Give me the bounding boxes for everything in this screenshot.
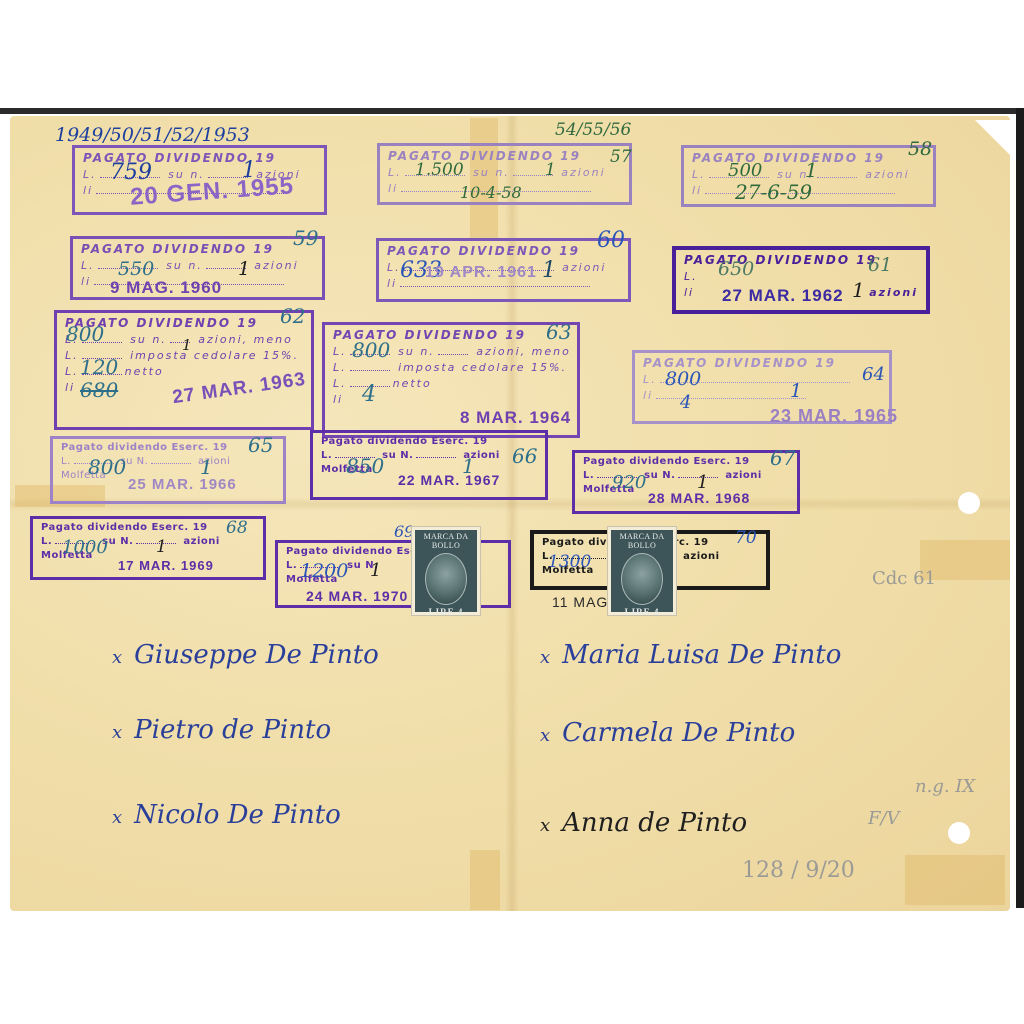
amount-label: L. xyxy=(684,270,698,283)
handwritten-year: 58 xyxy=(908,138,932,160)
handwritten-date: 27-6-59 xyxy=(735,180,812,204)
stamp-title: Pagato dividendo Eserc. 19 xyxy=(41,522,208,533)
revenue-stamp: MARCA DA BOLLO LIRE 4 xyxy=(412,527,480,615)
handwritten-shares: 1 xyxy=(545,160,556,180)
handwritten-shares: 1 xyxy=(238,258,250,280)
date-stamp: 19 APR. 1961 xyxy=(425,264,537,282)
pencil-note: 128 / 9/20 xyxy=(742,858,855,883)
handwritten-amount: 800 xyxy=(88,455,126,479)
amount-label: L. xyxy=(692,168,706,181)
net-label: L. xyxy=(333,377,347,390)
signature: xNicolo De Pinto xyxy=(112,800,341,830)
x-mark: x xyxy=(112,722,122,743)
shares-label: su N. xyxy=(644,470,675,481)
shares-unit: azioni xyxy=(183,536,219,547)
date-label: li xyxy=(81,275,91,288)
handwritten-year: 65 xyxy=(248,433,273,457)
date-label: li xyxy=(388,182,398,195)
handwritten-year: 66 xyxy=(512,444,537,468)
signature-name: Giuseppe De Pinto xyxy=(134,640,379,670)
tax-text: imposta cedolare 15%. xyxy=(130,349,299,362)
shares-unit: azioni xyxy=(865,168,909,181)
x-mark: x xyxy=(540,815,550,836)
pencil-note: F/V xyxy=(868,808,900,829)
handwritten-year: 67 xyxy=(770,446,795,470)
signature-name: Carmela De Pinto xyxy=(562,718,795,748)
handwritten-years-left: 1949/50/51/52/1953 xyxy=(55,124,250,146)
handwritten-amount: 850 xyxy=(346,454,384,478)
amount-label: L. xyxy=(388,166,402,179)
stamp-title: PAGATO DIVIDENDO 19 xyxy=(81,242,274,256)
stamp-title: PAGATO DIVIDENDO 19 xyxy=(692,151,885,165)
x-mark: x xyxy=(112,807,122,828)
handwritten-shares: 1 xyxy=(790,380,802,402)
shares-label: su N. xyxy=(382,450,413,461)
handwritten-amount: 920 xyxy=(612,472,646,493)
amount-label: L. xyxy=(387,261,401,274)
handwritten-year: 61 xyxy=(868,254,892,276)
handwritten-amount: 1300 xyxy=(548,552,591,572)
handwritten-amount: 1200 xyxy=(300,560,348,582)
date-stamp: 8 MAR. 1964 xyxy=(460,408,571,428)
shares-label: su n. xyxy=(473,166,510,179)
handwritten-year: 64 xyxy=(862,364,885,385)
shares-unit: azioni xyxy=(254,259,298,272)
punch-hole xyxy=(958,492,980,514)
scanner-edge xyxy=(0,108,1024,114)
torn-corner xyxy=(935,120,1015,160)
tax-label: L. xyxy=(333,361,347,374)
date-label: li xyxy=(65,381,75,394)
shares-unit: azioni xyxy=(869,286,918,299)
amount-label: L. xyxy=(321,450,332,461)
portrait-icon xyxy=(621,553,663,605)
handwritten-amount: 500 xyxy=(728,160,762,181)
signature-name: Nicolo De Pinto xyxy=(134,800,341,830)
stamp-title: Pagato dividendo Eserc. 19 xyxy=(61,442,228,453)
handwritten-amount: 1000 xyxy=(62,537,108,558)
handwritten-year: 70 xyxy=(735,528,757,548)
date-stamp: 9 MAG. 1960 xyxy=(110,278,222,298)
revenue-stamp-label: MARCA DA BOLLO xyxy=(415,532,477,550)
signature: xCarmela De Pinto xyxy=(540,718,795,748)
x-mark: x xyxy=(112,647,122,668)
date-stamp: 25 MAR. 1966 xyxy=(128,476,237,493)
handwritten-years-center: 54/55/56 xyxy=(555,120,631,140)
net-label: L. xyxy=(65,365,79,378)
signature: xAnna de Pinto xyxy=(540,808,747,838)
signature: xMaria Luisa De Pinto xyxy=(540,640,841,670)
handwritten-shares: 1 xyxy=(805,158,818,182)
handwritten-amount: 800 xyxy=(665,368,701,390)
shares-unit: azioni xyxy=(562,261,606,274)
handwritten-amount: 800 xyxy=(352,338,390,362)
revenue-stamp-value: LIRE 4 xyxy=(611,607,673,617)
signature-name: Pietro de Pinto xyxy=(134,715,331,745)
net-text: netto xyxy=(125,365,164,378)
date-label: li xyxy=(83,184,93,197)
handwritten-net: 4 xyxy=(362,382,376,407)
handwritten-year: 68 xyxy=(226,518,248,538)
amount-label: L. xyxy=(61,456,71,467)
handwritten-amount: 800 xyxy=(66,322,104,346)
portrait-icon xyxy=(425,553,467,605)
handwritten-net: 680 xyxy=(80,378,118,402)
amount-label: L. xyxy=(643,373,657,386)
x-mark: x xyxy=(540,647,550,668)
tape-strip xyxy=(470,850,500,910)
pencil-note: Cdc 61 xyxy=(872,568,936,589)
handwritten-year: 57 xyxy=(610,147,632,167)
date-label: li xyxy=(684,286,694,299)
date-label: li xyxy=(692,184,702,197)
signature-name: Anna de Pinto xyxy=(562,808,747,838)
stamp-title: Pagato dividendo Eserc. 19 xyxy=(583,456,750,467)
stamp-title: Pagato dividendo Eserc. 19 xyxy=(321,436,488,447)
scanner-edge-right xyxy=(1016,108,1024,908)
handwritten-year: 60 xyxy=(597,228,625,253)
tape-strip xyxy=(905,855,1005,905)
shares-unit: azioni xyxy=(561,166,605,179)
handwritten-year: 63 xyxy=(546,320,571,344)
handwritten-amount: 650 xyxy=(718,258,754,280)
shares-unit: azioni, meno xyxy=(476,345,571,358)
date-stamp: 27 MAR. 1962 xyxy=(722,286,844,306)
shares-label: su n. xyxy=(130,333,167,346)
handwritten-shares: 1 xyxy=(370,560,381,581)
shares-unit: azioni xyxy=(725,470,761,481)
revenue-stamp-value: LIRE 4 xyxy=(415,607,477,617)
signature: xPietro de Pinto xyxy=(112,715,331,745)
date-label: li xyxy=(643,389,653,402)
x-mark: x xyxy=(540,725,550,746)
handwritten-shares: 1 xyxy=(182,336,192,354)
date-label: li xyxy=(333,393,343,406)
handwritten-year: 62 xyxy=(280,304,305,328)
shares-label: su n. xyxy=(398,345,435,358)
handwritten-shares: 1 xyxy=(852,278,865,302)
amount-label: L. xyxy=(286,560,297,571)
pencil-note: n.g. IX xyxy=(915,776,975,797)
shares-label: su n. xyxy=(166,259,203,272)
handwritten-amount: 1.500 xyxy=(415,160,464,180)
revenue-stamp-label: MARCA DA BOLLO xyxy=(611,532,673,550)
stamp-title: PAGATO DIVIDENDO 19 xyxy=(684,253,877,267)
amount-label: L. xyxy=(83,168,97,181)
handwritten-tax: 120 xyxy=(80,355,118,379)
handwritten-shares: 1 xyxy=(156,537,167,557)
amount-label: L. xyxy=(583,470,594,481)
date-stamp: 17 MAR. 1969 xyxy=(118,558,214,573)
date-stamp: 22 MAR. 1967 xyxy=(398,472,500,488)
amount-label: L. xyxy=(81,259,95,272)
punch-hole xyxy=(948,822,970,844)
tax-text: imposta cedolare 15%. xyxy=(398,361,567,374)
signature-name: Maria Luisa De Pinto xyxy=(562,640,841,670)
handwritten-date: 10-4-58 xyxy=(460,183,522,202)
date-stamp: 28 MAR. 1968 xyxy=(648,490,750,506)
handwritten-shares: 1 xyxy=(542,258,556,283)
amount-label: L. xyxy=(333,345,347,358)
shares-unit: azioni, meno xyxy=(198,333,293,346)
date-label: li xyxy=(387,277,397,290)
handwritten-amount: 759 xyxy=(110,160,152,185)
shares-unit: azioni xyxy=(683,551,719,562)
handwritten-year: 59 xyxy=(293,226,318,250)
signature: xGiuseppe De Pinto xyxy=(112,640,379,670)
stamp-title: PAGATO DIVIDENDO 19 xyxy=(387,244,580,258)
handwritten-date: 4 xyxy=(680,392,691,413)
date-stamp: 24 MAR. 1970 xyxy=(306,588,408,604)
tax-label: L. xyxy=(65,349,79,362)
net-text: netto xyxy=(393,377,432,390)
amount-label: L. xyxy=(41,536,52,547)
handwritten-amount: 550 xyxy=(118,258,154,280)
date-stamp: 23 MAR. 1965 xyxy=(770,406,898,427)
revenue-stamp: MARCA DA BOLLO LIRE 4 xyxy=(608,527,676,615)
